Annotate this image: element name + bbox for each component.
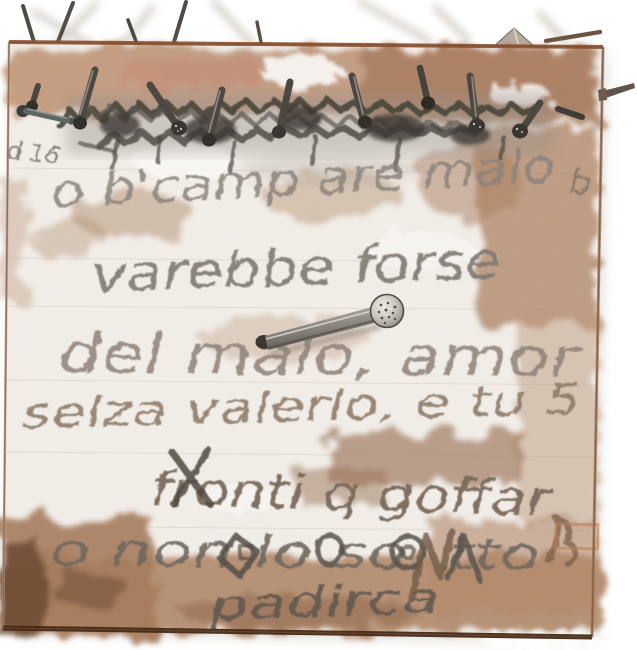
artwork-canvas: o b'camp are malo varebbe forse del malo… (0, 0, 637, 650)
artwork-photo: o b'camp are malo varebbe forse del malo… (0, 0, 637, 650)
